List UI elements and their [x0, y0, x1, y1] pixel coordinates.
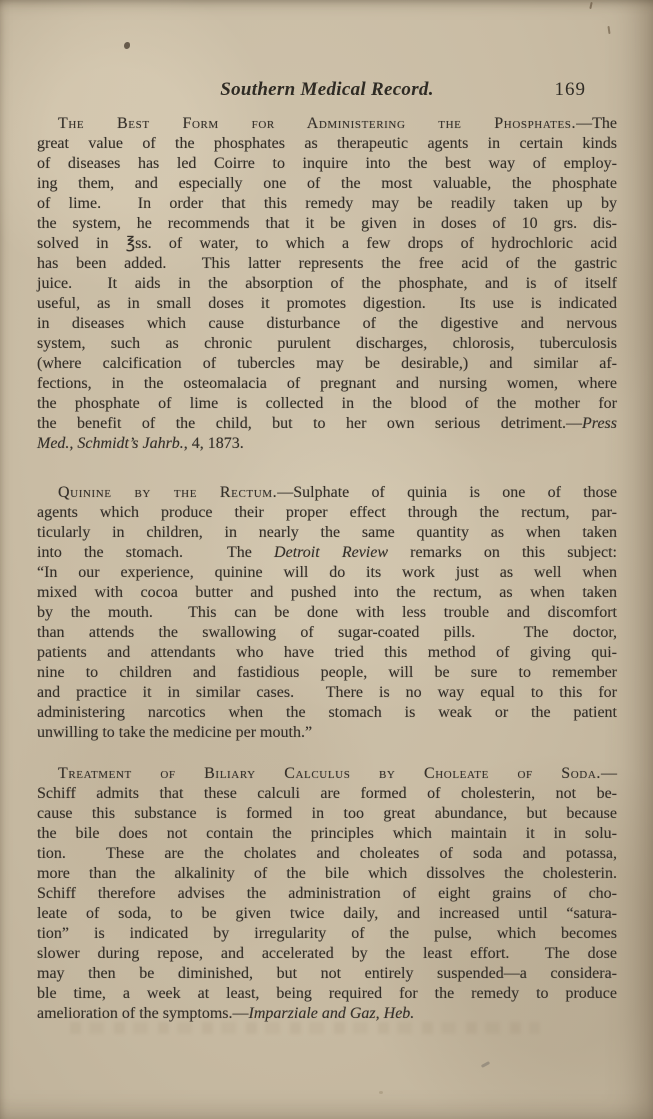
text-segment: Treatment of Biliary Calculus by Choleat… [58, 765, 601, 782]
text-segment: of lime. In order that this remedy may b… [37, 195, 617, 212]
text-line: by the mouth. This can be done with less… [37, 603, 617, 623]
text-segment: solved in ℥ss. of water, to which a few … [37, 235, 617, 252]
text-segment: fections, in the osteomalacia of pregnan… [37, 375, 617, 392]
text-segment: slower during repose, and accelerated by… [37, 945, 617, 962]
text-line: than attends the swallowing of sugar-coa… [37, 623, 617, 643]
text-line: the bile does not contain the principles… [37, 824, 617, 844]
text-line: Schiff therefore advises the administrat… [37, 884, 617, 904]
text-segment: system, such as chronic purulent dischar… [37, 335, 617, 352]
text-segment: of diseases has led Coirre to inquire in… [37, 155, 617, 172]
text-segment: (where calcification of tubercles may be… [37, 355, 617, 372]
text-line: Med., Schmidt’s Jahrb., 4, 1873. [37, 434, 617, 454]
text-segment: — [601, 765, 617, 782]
text-segment: cause this substance is formed in too gr… [37, 805, 617, 822]
text-line: juice. It aids in the absorption of the … [37, 274, 617, 294]
running-head: Southern Medical Record. 169 [37, 78, 617, 101]
text-line: system, such as chronic purulent dischar… [37, 334, 617, 354]
text-segment: ticularly in children, in nearly the sam… [37, 524, 617, 541]
text-line: administering narcotics when the stomach… [37, 703, 617, 723]
text-line: of lime. In order that this remedy may b… [37, 194, 617, 214]
text-segment: tion. These are the cholates and choleat… [37, 845, 617, 862]
ink-speck [607, 26, 610, 34]
journal-title: Southern Medical Record. [37, 78, 617, 101]
text-segment: may then be diminished, but not entirely… [37, 965, 617, 982]
text-line: Treatment of Biliary Calculus by Choleat… [37, 764, 617, 784]
ink-speck [589, 2, 592, 9]
text-segment: than attends the swallowing of sugar-coa… [37, 624, 617, 641]
text-line: tion. These are the cholates and choleat… [37, 844, 617, 864]
text-segment: tion” is indicated by irregularity of th… [37, 925, 617, 942]
text-segment: in diseases which cause disturbance of t… [37, 315, 617, 332]
article-quinine-rectum: Quinine by the Rectum.—Sulphate of quini… [37, 483, 617, 743]
text-line: into the stomach. The Detroit Review rem… [37, 543, 617, 563]
text-line: “In our experience, quinine will do its … [37, 563, 617, 583]
text-segment: nine to children and fastidious people, … [37, 664, 617, 681]
text-segment: the benefit of the child, but to her own… [37, 415, 582, 432]
text-segment: juice. It aids in the absorption of the … [37, 275, 617, 292]
text-segment: by the mouth. This can be done with less… [37, 604, 617, 621]
text-segment: more than the alkalinity of the bile whi… [37, 865, 617, 882]
text-segment: into the stomach. The [37, 544, 274, 561]
text-segment: amelioration of the symptoms.— [37, 1005, 249, 1022]
text-line: more than the alkalinity of the bile whi… [37, 864, 617, 884]
text-segment: Press [582, 415, 617, 432]
text-line: agents which produce their proper effect… [37, 503, 617, 523]
scanned-book-page: Southern Medical Record. 169 The Best Fo… [0, 0, 653, 1119]
text-line: cause this substance is formed in too gr… [37, 804, 617, 824]
text-line: mixed with cocoa butter and pushed into … [37, 583, 617, 603]
text-segment: the phosphate of lime is collected in th… [37, 395, 617, 412]
page-content: Southern Medical Record. 169 The Best Fo… [37, 78, 617, 1024]
text-segment: great value of the phosphates as therape… [37, 135, 617, 152]
text-segment: Med., Schmidt’s Jahrb. [37, 435, 184, 452]
text-line: slower during repose, and accelerated by… [37, 944, 617, 964]
text-segment: the system, he recommends that it be giv… [37, 215, 617, 232]
ink-speck [379, 1091, 383, 1094]
text-segment: the bile does not contain the principles… [37, 825, 617, 842]
text-line: patients and attendants who have tried t… [37, 643, 617, 663]
text-segment: Detroit Review [274, 544, 388, 561]
text-segment: The Best Form for Administering the Phos… [58, 115, 576, 132]
page-number: 169 [555, 78, 587, 101]
text-line: useful, as in small doses it promotes di… [37, 294, 617, 314]
text-segment: Schiff admits that these calculi are for… [37, 785, 617, 802]
article-phosphates: The Best Form for Administering the Phos… [37, 114, 617, 454]
ink-speck [124, 42, 130, 49]
text-line: ing them, and especially one of the most… [37, 174, 617, 194]
text-segment: useful, as in small doses it promotes di… [37, 295, 617, 312]
text-segment: Imparziale and Gaz, Heb. [249, 1005, 415, 1022]
text-line: Quinine by the Rectum.—Sulphate of quini… [37, 483, 617, 503]
text-line: of diseases has led Coirre to inquire in… [37, 154, 617, 174]
text-line: ticularly in children, in nearly the sam… [37, 523, 617, 543]
ink-speck [481, 1061, 490, 1068]
text-line: leate of soda, to be given twice daily, … [37, 904, 617, 924]
text-segment: has been added. This latter represents t… [37, 255, 617, 272]
text-line: great value of the phosphates as therape… [37, 134, 617, 154]
text-segment: —Sulphate of quinia is one of those [277, 484, 617, 501]
text-segment: patients and attendants who have tried t… [37, 644, 617, 661]
text-line: tion” is indicated by irregularity of th… [37, 924, 617, 944]
text-segment: agents which produce their proper effect… [37, 504, 617, 521]
text-line: (where calcification of tubercles may be… [37, 354, 617, 374]
text-segment: mixed with cocoa butter and pushed into … [37, 584, 617, 601]
text-line: solved in ℥ss. of water, to which a few … [37, 234, 617, 254]
text-segment: and practice it in similar cases. There … [37, 684, 617, 701]
text-line: in diseases which cause disturbance of t… [37, 314, 617, 334]
text-segment: remarks on this subject: [388, 544, 617, 561]
text-segment: leate of soda, to be given twice daily, … [37, 905, 617, 922]
text-segment: unwilling to take the medicine per mouth… [37, 724, 312, 741]
text-segment: Quinine by the Rectum. [58, 484, 277, 501]
text-line: fections, in the osteomalacia of pregnan… [37, 374, 617, 394]
text-line: may then be diminished, but not entirely… [37, 964, 617, 984]
text-line: Schiff admits that these calculi are for… [37, 784, 617, 804]
text-line: amelioration of the symptoms.—Imparziale… [37, 1004, 617, 1024]
text-line: ble time, a week at least, being require… [37, 984, 617, 1004]
text-segment: —The [576, 115, 617, 132]
text-line: nine to children and fastidious people, … [37, 663, 617, 683]
text-segment: “In our experience, quinine will do its … [37, 564, 617, 581]
text-segment: ble time, a week at least, being require… [37, 985, 617, 1002]
text-line: the phosphate of lime is collected in th… [37, 394, 617, 414]
text-segment: Schiff therefore advises the administrat… [37, 885, 617, 902]
text-line: has been added. This latter represents t… [37, 254, 617, 274]
text-line: unwilling to take the medicine per mouth… [37, 723, 617, 743]
text-segment: administering narcotics when the stomach… [37, 704, 617, 721]
text-segment: ing them, and especially one of the most… [37, 175, 617, 192]
article-biliary-calculus: Treatment of Biliary Calculus by Choleat… [37, 764, 617, 1024]
text-line: The Best Form for Administering the Phos… [37, 114, 617, 134]
text-segment: , 4, 1873. [184, 435, 244, 452]
text-line: and practice it in similar cases. There … [37, 683, 617, 703]
text-line: the system, he recommends that it be giv… [37, 214, 617, 234]
text-line: the benefit of the child, but to her own… [37, 414, 617, 434]
